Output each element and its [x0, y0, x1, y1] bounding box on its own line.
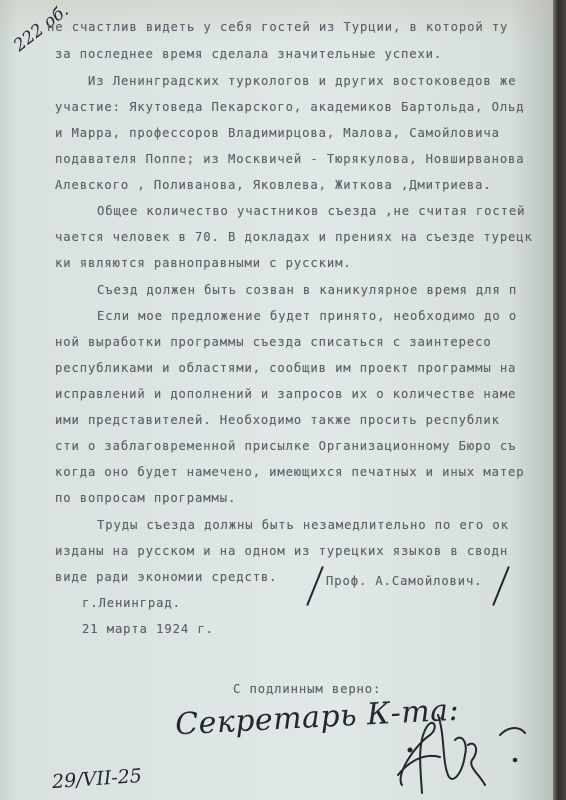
text-line: подавателя Поппе; из Москвичей - Тюрякул…: [55, 152, 525, 166]
text-line: ими представителей. Необходимо также про…: [55, 413, 500, 427]
text-line: ки являются равноправными с русским.: [55, 256, 352, 270]
text-line: виде ради экономии средств.: [55, 570, 277, 584]
text-line: Алевского , Поливанова, Яковлева, Житков…: [55, 178, 492, 192]
certification-text: С подлинным верно:: [233, 682, 381, 696]
text-line: по вопросам программы.: [55, 491, 236, 505]
text-line: изданы на русском и на одном из турецких…: [55, 544, 508, 558]
typed-signature: Проф. А.Самойлович.: [326, 574, 483, 588]
handwritten-signature: [390, 705, 530, 800]
text-line: и Марра, профессоров Владимирцова, Малов…: [55, 126, 500, 140]
text-line: Если мое предложение будет принято, необ…: [97, 309, 517, 323]
text-line: Труды съезда должны быть незамедлительно…: [97, 518, 509, 532]
date: 21 марта 1924 г.: [82, 622, 214, 636]
text-line: не счастлив видеть у себя гостей из Турц…: [47, 20, 508, 34]
text-line: Съезд должен быть созван в каникулярное …: [97, 283, 517, 297]
text-line: участие: Якутоведа Пекарского, академико…: [55, 100, 525, 114]
text-line: за последнее время сделала значительные …: [55, 47, 442, 61]
book-binding-edge: [553, 0, 566, 800]
text-line: республиками и областями, сообщив им про…: [55, 361, 516, 375]
document-page: 222 об. не счастлив видеть у себя гостей…: [0, 0, 553, 800]
handwritten-date: 29/VII-25: [51, 765, 142, 793]
slash-mark: [306, 566, 324, 606]
text-line: Из Ленинградских туркологов и других вос…: [88, 74, 516, 88]
text-line: чается человек в 70. В докладах и прения…: [55, 230, 533, 244]
text-line: когда оно будет намечено, имеющихся печа…: [55, 465, 525, 479]
place: г.Ленинград.: [82, 596, 181, 610]
text-line: исправлений и дополнений и запросов их о…: [55, 387, 516, 401]
text-line: ной выработки программы съезда списаться…: [55, 335, 492, 349]
text-line: сти о заблаговременной присылке Организа…: [55, 439, 516, 453]
text-line: Общее количество участников съезда ,не с…: [97, 204, 525, 218]
slash-mark: [492, 566, 510, 606]
